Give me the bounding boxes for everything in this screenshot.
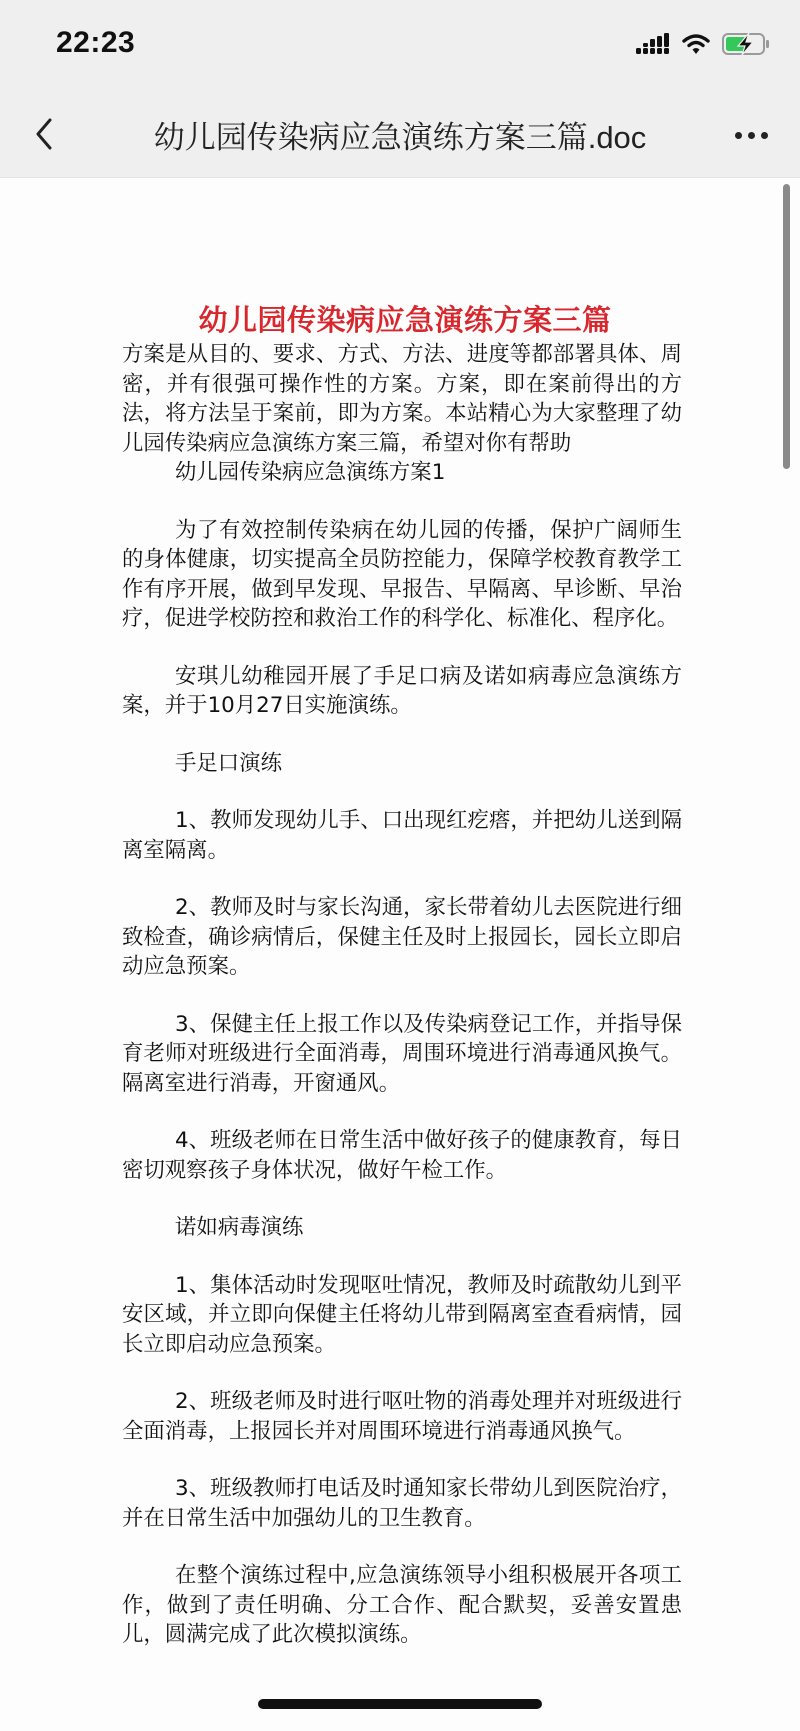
ellipsis-icon-dot — [748, 132, 755, 139]
paragraph: 为了有效控制传染病在幼儿园的传播，保护广阔师生的身体健康，切实提高全员防控能力，… — [122, 516, 682, 634]
list-item: 4、班级老师在日常生活中做好孩子的健康教育，每日密切观察孩子身体状况，做好午检工… — [122, 1126, 682, 1185]
chevron-left-icon — [28, 114, 64, 154]
status-bar: 22:23 — [0, 0, 800, 92]
list-item: 3、班级教师打电话及时通知家长带幼儿到医院治疗，并在日常生活中加强幼儿的卫生教育… — [122, 1474, 682, 1533]
list-item: 2、教师及时与家长沟通，家长带着幼儿去医院进行细致检查，确诊病情后，保健主任及时… — [122, 893, 682, 982]
document-content: 幼儿园传染病应急演练方案三篇 方案是从目的、要求、方式、方法、进度等都部署具体、… — [122, 300, 682, 1650]
document-title: 幼儿园传染病应急演练方案三篇 — [128, 300, 682, 340]
list-item: 1、集体活动时发现呕吐情况，教师及时疏散幼儿到平安区域，并立即向保健主任将幼儿带… — [122, 1271, 682, 1360]
battery-charging-icon — [722, 32, 770, 60]
list-item: 3、保健主任上报工作以及传染病登记工作，并指导保育老师对班级进行全面消毒，周围环… — [122, 1010, 682, 1099]
conclusion-paragraph: 在整个演练过程中,应急演练领导小组积极展开各项工作，做到了责任明确、分工合作、配… — [122, 1561, 682, 1650]
vertical-scrollbar[interactable] — [783, 184, 790, 469]
subtitle-plan-1: 幼儿园传染病应急演练方案1 — [122, 458, 682, 488]
intro-paragraph: 方案是从目的、要求、方式、方法、进度等都部署具体、周密，并有很强可操作性的方案。… — [122, 340, 682, 458]
document-viewer[interactable]: 幼儿园传染病应急演练方案三篇 方案是从目的、要求、方式、方法、进度等都部署具体、… — [0, 178, 800, 1731]
home-indicator[interactable] — [258, 1699, 542, 1709]
ellipsis-icon-dot — [735, 132, 742, 139]
list-item: 1、教师发现幼儿手、口出现红疙瘩，并把幼儿送到隔离室隔离。 — [122, 806, 682, 865]
document-filename-title: 幼儿园传染病应急演练方案三篇.doc — [100, 112, 700, 157]
ellipsis-icon-dot — [761, 132, 768, 139]
back-button[interactable] — [28, 114, 64, 154]
wifi-icon — [682, 33, 710, 59]
list-item: 2、班级老师及时进行呕吐物的消毒处理并对班级进行全面消毒，上报园长并对周围环境进… — [122, 1387, 682, 1446]
paragraph: 安琪儿幼稚园开展了手足口病及诺如病毒应急演练方案，并于10月27日实施演练。 — [122, 662, 682, 721]
section-heading-hfmd: 手足口演练 — [122, 749, 682, 779]
status-icons — [636, 32, 770, 60]
nav-bar: 幼儿园传染病应急演练方案三篇.doc — [0, 92, 800, 178]
cellular-signal-icon — [636, 33, 670, 59]
status-time: 22:23 — [56, 26, 135, 60]
more-options-button[interactable] — [726, 120, 776, 150]
section-heading-norovirus: 诺如病毒演练 — [122, 1213, 682, 1243]
